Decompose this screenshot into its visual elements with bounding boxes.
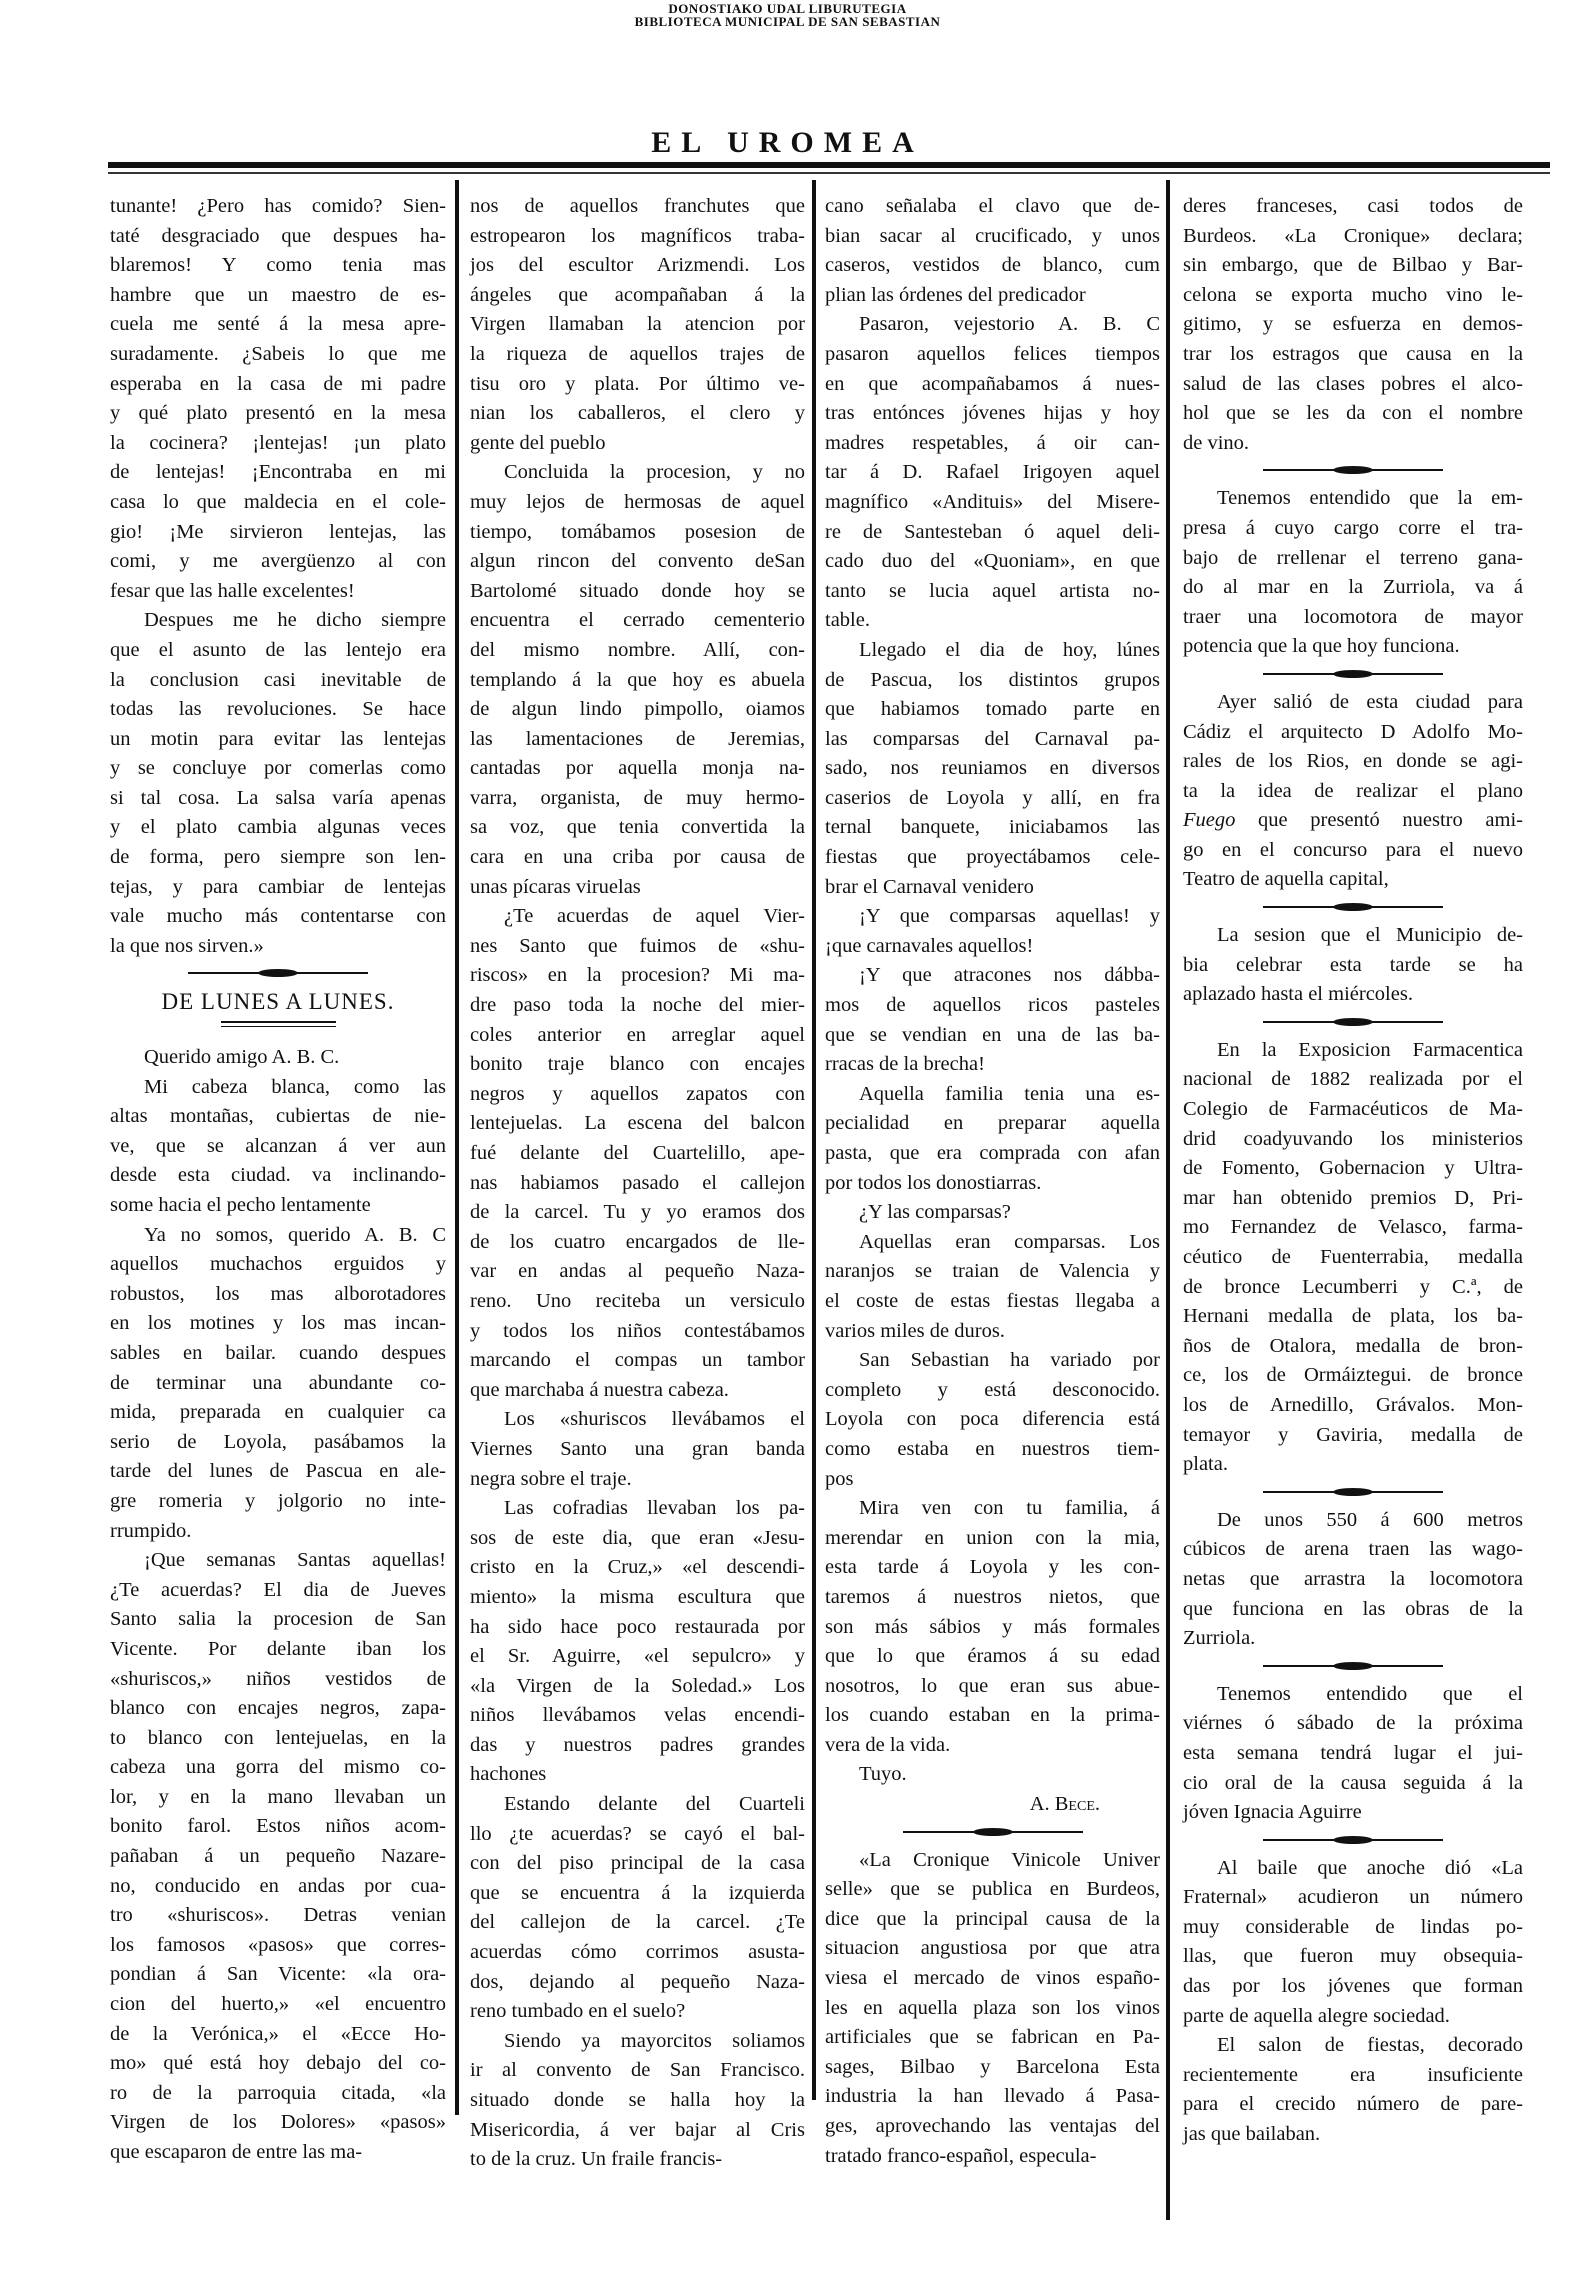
text-line: un motin para evitar las lentejas [110, 725, 446, 755]
text-line: tunante! ¿Pero has comido? Sien- [110, 192, 446, 222]
article-paragraph: En la Exposicion Farmacenticanacional de… [1183, 1036, 1523, 1480]
text-line: suradamente. ¿Sabeis lo que me [110, 340, 446, 370]
text-line: de forma, pero siempre son len- [110, 843, 446, 873]
text-line: rracas de la brecha! [825, 1050, 1160, 1080]
text-line: de algun lindo pimpollo, oiamos [470, 695, 805, 725]
text-line: jas que bailaban. [1183, 2120, 1523, 2150]
text-line: nas habiamos pasado el callejon [470, 1169, 805, 1199]
text-line: de la Verónica,» el «Ecce Ho- [110, 2020, 446, 2050]
text-line: lor, y en la mano llevaban un [110, 1783, 446, 1813]
text-line: Mi cabeza blanca, como las [110, 1073, 446, 1103]
text-line: esperaba en la casa de mi padre [110, 370, 446, 400]
text-line: y qué plato presentó en la mesa [110, 399, 446, 429]
text-line: ha sido hace poco restaurada por [470, 1613, 805, 1643]
article-paragraph: Pasaron, vejestorio A. B. Cpasaron aquel… [825, 310, 1160, 636]
text-line: cado duo del «Quoniam», en que [825, 547, 1160, 577]
article-paragraph: Las cofradias llevaban los pa-sos de est… [470, 1494, 805, 1790]
text-line: ¿Te acuerdas? El dia de Jueves [110, 1576, 446, 1606]
text-line: to de la cruz. Un fraile francis- [470, 2145, 805, 2175]
text-line: del callejon de la carcel. ¿Te [470, 1908, 805, 1938]
column-divider-2 [812, 180, 816, 2100]
text-line: sos de este dia, que eran «Jesu- [470, 1524, 805, 1554]
text-line: sado, nos reuniamos en diversos [825, 754, 1160, 784]
newspaper-masthead: EL UROMEA [0, 128, 1575, 158]
article-paragraph: San Sebastian ha variado porcompleto y e… [825, 1346, 1160, 1494]
text-line: gio! ¡Me sirvieron lentejas, las [110, 518, 446, 548]
text-line: de Fomento, Gobernacion y Ultra- [1183, 1154, 1523, 1184]
text-line: caserios de Loyola y allí, en fra [825, 784, 1160, 814]
text-line: de Pascua, los distintos grupos [825, 666, 1160, 696]
text-line: trar los estragos que causa en la [1183, 340, 1523, 370]
text-line: Al baile que anoche dió «La [1183, 1854, 1523, 1884]
text-line: blanco con encajes negros, zapa- [110, 1694, 446, 1724]
article-paragraph: Aquella familia tenia una es-pecialidad … [825, 1080, 1160, 1198]
article-paragraph: nos de aquellos franchutes queestropearo… [470, 192, 805, 458]
text-line: Tenemos entendido que la em- [1183, 484, 1523, 514]
text-line: deres franceses, casi todos de [1183, 192, 1523, 222]
text-line: Llegado el dia de hoy, lúnes [825, 636, 1160, 666]
text-line: blaremos! Y como tenia mas [110, 251, 446, 281]
text-line: temayor y Gaviria, medalla de [1183, 1421, 1523, 1451]
text-line: table. [825, 606, 1160, 636]
text-line: gente del pueblo [470, 429, 805, 459]
text-line: das por los jóvenes que forman [1183, 1972, 1523, 2002]
text-line: selle» que se publica en Burdeos, [825, 1875, 1160, 1905]
text-line: viérnes ó sábado de la próxima [1183, 1709, 1523, 1739]
text-line: tanto se lucia aquel artista no- [825, 577, 1160, 607]
text-line: De unos 550 á 600 metros [1183, 1506, 1523, 1536]
text-line: Teatro de aquella capital, [1183, 865, 1523, 895]
text-line: taté desgraciado que despues ha- [110, 222, 446, 252]
masthead-rule-thin [108, 172, 1550, 174]
column-3: cano señalaba el clavo que de-bian sacar… [825, 192, 1160, 2171]
ornamental-separator [1263, 1662, 1443, 1670]
text-line: aquellos muchachos erguidos y [110, 1250, 446, 1280]
text-line: rrumpido. [110, 1517, 446, 1547]
text-line: some hacia el pecho lentamente [110, 1191, 446, 1221]
text-line: Vicente. Por delante iban los [110, 1635, 446, 1665]
text-line: cristo en la Cruz,» «el descendi- [470, 1553, 805, 1583]
text-line: varra, organista, de muy hermo- [470, 784, 805, 814]
text-line: tisu oro y plata. Por último ve- [470, 370, 805, 400]
article-paragraph: deres franceses, casi todos deBurdeos. «… [1183, 192, 1523, 458]
text-line: ¡Y que comparsas aquellas! y [825, 902, 1160, 932]
text-line: nos de aquellos franchutes que [470, 192, 805, 222]
text-line: Pasaron, vejestorio A. B. C [825, 310, 1160, 340]
article-paragraph: Ya no somos, querido A. B. Caquellos muc… [110, 1221, 446, 1547]
text-line: dice que la principal causa de la [825, 1905, 1160, 1935]
text-line: fesar que las halle excelentes! [110, 577, 446, 607]
article-paragraph: Ayer salió de esta ciudad paraCádiz el a… [1183, 688, 1523, 895]
text-line: de vino. [1183, 429, 1523, 459]
text-line: industria la han llevado á Pasa- [825, 2082, 1160, 2112]
text-line: re de Santesteban ó aquel deli- [825, 518, 1160, 548]
text-line: ¡Y que atracones nos dábba- [825, 961, 1160, 991]
text-line: negros y aquellos zapatos con [470, 1080, 805, 1110]
author-signature: A. Bece. [825, 1790, 1160, 1820]
article-paragraph: ¿Te acuerdas de aquel Vier-nes Santo que… [470, 902, 805, 1405]
text-line: En la Exposicion Farmacentica [1183, 1036, 1523, 1066]
text-line: que funciona en las obras de la [1183, 1595, 1523, 1625]
text-line: robustos, los mas alborotadores [110, 1280, 446, 1310]
text-line: sables en bailar. cuando despues [110, 1339, 446, 1369]
text-line: como estaba en nuestros tiem- [825, 1435, 1160, 1465]
text-line: varios miles de duros. [825, 1317, 1160, 1347]
text-line: todas las revoluciones. Se hace [110, 695, 446, 725]
text-line: las comparsas del Carnaval pa- [825, 725, 1160, 755]
text-line: acuerdas cómo corrimos asusta- [470, 1938, 805, 1968]
text-line: presa á cuyo cargo corre el tra- [1183, 514, 1523, 544]
text-line: comi, y me avergüenzo al con [110, 547, 446, 577]
title-underline [221, 1021, 336, 1027]
text-line: les en aquella plaza son los vinos [825, 1994, 1160, 2024]
text-line: ve, que se alcanzan á ver aun [110, 1132, 446, 1162]
text-line: cio oral de la causa seguida á la [1183, 1769, 1523, 1799]
text-line: con del piso principal de la casa [470, 1849, 805, 1879]
text-line: el Sr. Aguirre, «el sepulcro» y [470, 1642, 805, 1672]
ornamental-separator [1263, 903, 1443, 911]
text-line: Hernani medalla de plata, los ba- [1183, 1302, 1523, 1332]
text-line: viesa el mercado de vinos españo- [825, 1964, 1160, 1994]
text-line: gre romeria y jolgorio no inte- [110, 1487, 446, 1517]
article-paragraph: Despues me he dicho siempreque el asunto… [110, 606, 446, 961]
text-line: nosotros, lo que eran sus abue- [825, 1672, 1160, 1702]
text-line: de la carcel. Tu y yo eramos dos [470, 1198, 805, 1228]
text-line: que habiamos tomado parte en [825, 695, 1160, 725]
text-line: cano señalaba el clavo que de- [825, 192, 1160, 222]
text-line: los de Arnedillo, Grávalos. Mon- [1183, 1391, 1523, 1421]
text-line: tro «shuriscos». Detras venian [110, 1901, 446, 1931]
text-line: la conclusion casi inevitable de [110, 666, 446, 696]
text-line: ángeles que acompañaban á la [470, 281, 805, 311]
text-line: Siendo ya mayorcitos soliamos [470, 2027, 805, 2057]
text-line: Aquella familia tenia una es- [825, 1080, 1160, 1110]
text-line: mida, preparada en cualquier ca [110, 1398, 446, 1428]
ornamental-separator [188, 969, 368, 977]
article-paragraph: ¡Y que comparsas aquellas! y¡que carnava… [825, 902, 1160, 961]
text-line: estropearon los magníficos traba- [470, 222, 805, 252]
text-line: los famosos «pasos» que corres- [110, 1931, 446, 1961]
text-line: fiestas que proyectábamos cele- [825, 843, 1160, 873]
text-line: mo» qué está hoy debajo del co- [110, 2049, 446, 2079]
library-header-spanish: BIBLIOTECA MUNICIPAL DE SAN SEBASTIAN [0, 15, 1575, 28]
text-line: «la Virgen de la Soledad.» Los [470, 1672, 805, 1702]
text-line: tratado franco-español, especula- [825, 2142, 1160, 2172]
text-line: esta semana tendrá lugar el jui- [1183, 1739, 1523, 1769]
article-paragraph: Al baile que anoche dió «LaFraternal» ac… [1183, 1854, 1523, 2032]
article-paragraph: «La Cronique Vinicole Universelle» que s… [825, 1846, 1160, 2172]
article-paragraph: Mi cabeza blanca, como lasaltas montañas… [110, 1073, 446, 1221]
text-line: tejas, y para cambiar de lentejas [110, 873, 446, 903]
text-line: mar han obtenido premios D, Pri- [1183, 1184, 1523, 1214]
text-line: Tenemos entendido que el [1183, 1680, 1523, 1710]
text-line: serio de Loyola, pasábamos la [110, 1428, 446, 1458]
text-line: situacion angustiosa por que atra [825, 1934, 1160, 1964]
text-line: desde esta ciudad. va inclinando- [110, 1161, 446, 1191]
text-line: to blanco con lentejuelas, en la [110, 1724, 446, 1754]
text-line: de lentejas! ¡Encontraba en mi [110, 458, 446, 488]
column-divider-3 [1166, 180, 1170, 2220]
text-line: Estando delante del Cuarteli [470, 1790, 805, 1820]
text-line: aplazado hasta el miércoles. [1183, 980, 1523, 1010]
text-line: Los «shuriscos llevábamos el [470, 1405, 805, 1435]
text-line: cion del huerto,» «el encuentro [110, 1990, 446, 2020]
text-line: de terminar una abundante co- [110, 1369, 446, 1399]
article-paragraph: ¡Que semanas Santas aquellas!¿Te acuerda… [110, 1546, 446, 2167]
text-line: fué delante del Cuartelillo, ape- [470, 1139, 805, 1169]
article-paragraph: De unos 550 á 600 metroscúbicos de arena… [1183, 1506, 1523, 1654]
text-line: ¿Y las comparsas? [825, 1198, 1160, 1228]
article-paragraph: Estando delante del Cuartelillo ¿te acue… [470, 1790, 805, 2027]
text-line: tiempo, tomábamos posesion de [470, 518, 805, 548]
text-line: casa lo que maldecia en el cole- [110, 488, 446, 518]
text-line: algun rincon del convento deSan [470, 547, 805, 577]
ornamental-separator [1263, 670, 1443, 678]
text-line: reno tumbado en el suelo? [470, 1997, 805, 2027]
text-line: San Sebastian ha variado por [825, 1346, 1160, 1376]
text-line: reno. Uno reciteba un versiculo [470, 1287, 805, 1317]
text-line: brar el Carnaval venidero [825, 873, 1160, 903]
text-line: parte de aquella alegre sociedad. [1183, 2002, 1523, 2032]
text-line: ta la idea de realizar el plano [1183, 777, 1523, 807]
text-line: para el crecido número de pare- [1183, 2090, 1523, 2120]
text-line: de los cuatro encargados de lle- [470, 1228, 805, 1258]
text-line: Viernes Santo una gran banda [470, 1435, 805, 1465]
text-line: nacional de 1882 realizada por el [1183, 1065, 1523, 1095]
text-line: mo Fernandez de Velasco, farma- [1183, 1213, 1523, 1243]
text-line: ¡Que semanas Santas aquellas! [110, 1546, 446, 1576]
text-line: rales de los Rios, en donde se agi- [1183, 747, 1523, 777]
text-line: ro de la parroquia citada, «la [110, 2079, 446, 2109]
text-line: ir al convento de San Francisco. [470, 2056, 805, 2086]
text-line: la que nos sirven.» [110, 932, 446, 962]
text-line: Virgen llamaban la atencion por [470, 310, 805, 340]
article-paragraph: tunante! ¿Pero has comido? Sien-taté des… [110, 192, 446, 606]
text-line: del mismo nombre. Allí, con- [470, 636, 805, 666]
text-line: situado donde se halla hoy la [470, 2086, 805, 2116]
text-line: gitimo, y se esfuerza en demos- [1183, 310, 1523, 340]
text-line: Las cofradias llevaban los pa- [470, 1494, 805, 1524]
text-line: los cuando estaban en la prima- [825, 1701, 1160, 1731]
text-line: plian las órdenes del predicador [825, 281, 1160, 311]
text-line: que marchaba á nuestra cabeza. [470, 1376, 805, 1406]
text-line: miento» la misma escultura que [470, 1583, 805, 1613]
ornamental-separator [903, 1828, 1083, 1836]
text-line: Loyola con poca diferencia está [825, 1405, 1160, 1435]
text-line: no, conducido en andas por cua- [110, 1872, 446, 1902]
text-line: artificiales que se fabrican en Pa- [825, 2023, 1160, 2053]
text-line: Bartolomé situado donde hoy se [470, 577, 805, 607]
text-line: netas que arrastra la locomotora [1183, 1565, 1523, 1595]
text-line: madres respetables, á oir can- [825, 429, 1160, 459]
text-line: salud de las clases pobres el alco- [1183, 370, 1523, 400]
text-line: go en el concurso para el nuevo [1183, 836, 1523, 866]
text-line: var en andas al pequeño Naza- [470, 1257, 805, 1287]
text-line: traer una locomotora de mayor [1183, 603, 1523, 633]
text-line: altas montañas, cubiertas de nie- [110, 1102, 446, 1132]
text-line: nes Santo que fuimos de «shu- [470, 932, 805, 962]
masthead-rule-thick [108, 162, 1550, 168]
text-line: y el plato cambia algunas veces [110, 813, 446, 843]
article-paragraph: Los «shuriscos llevábamos elViernes Sant… [470, 1405, 805, 1494]
text-line: ges, aprovechando las ventajas del [825, 2112, 1160, 2142]
text-line: taremos á nuestros nietos, que [825, 1583, 1160, 1613]
text-line: Despues me he dicho siempre [110, 606, 446, 636]
text-line: La sesion que el Municipio de- [1183, 921, 1523, 951]
text-line: Tuyo. [825, 1760, 1160, 1790]
ornamental-separator [1263, 1018, 1443, 1026]
text-line: que escaparon de entre las ma- [110, 2138, 446, 2168]
text-line: sa voz, que tenia convertida la [470, 813, 805, 843]
text-line: encuentra el cerrado cementerio [470, 606, 805, 636]
text-line: bonito farol. Estos niños acom- [110, 1812, 446, 1842]
text-line: «shuriscos,» niños vestidos de [110, 1665, 446, 1695]
text-line: templando á la que hoy es abuela [470, 666, 805, 696]
text-line: magnífico «Andituis» del Misere- [825, 488, 1160, 518]
text-line: niños llevábamos velas encendi- [470, 1701, 805, 1731]
text-line: de bronce Lecumberri y C.ª, de [1183, 1273, 1523, 1303]
text-line: celona se exporta mucho vino le- [1183, 281, 1523, 311]
text-line: vera de la vida. [825, 1731, 1160, 1761]
text-line: bonito traje blanco con encajes [470, 1050, 805, 1080]
text-line: sages, Bilbao y Barcelona Esta [825, 2053, 1160, 2083]
text-line: potencia que la que hoy funciona. [1183, 632, 1523, 662]
text-line: Virgen de los Dolores» «pasos» [110, 2108, 446, 2138]
text-line: Colegio de Farmacéuticos de Ma- [1183, 1095, 1523, 1125]
text-line: céutico de Fuenterrabia, medalla [1183, 1243, 1523, 1273]
text-line: que lo que éramos á su edad [825, 1642, 1160, 1672]
column-1: tunante! ¿Pero has comido? Sien-taté des… [110, 192, 446, 2168]
text-line: la riqueza de aquellos trajes de [470, 340, 805, 370]
text-line: cantadas por aquella monja na- [470, 754, 805, 784]
text-line: marcando el compas un tambor [470, 1346, 805, 1376]
text-line: pondian á San Vicente: «la ora- [110, 1960, 446, 1990]
text-line: Zurriola. [1183, 1624, 1523, 1654]
text-line: ños de Otalora, medalla de bron- [1183, 1332, 1523, 1362]
text-line: Aquellas eran comparsas. Los [825, 1228, 1160, 1258]
text-line: dre paso toda la noche del mier- [470, 991, 805, 1021]
text-line: completo y está desconocido. [825, 1376, 1160, 1406]
text-line: son más sábios y más formales [825, 1613, 1160, 1643]
text-line: llas, que fueron muy obsequia- [1183, 1942, 1523, 1972]
text-line: por todos los donostiarras. [825, 1169, 1160, 1199]
text-line: nian los caballeros, el clero y [470, 399, 805, 429]
text-line: drid coadyuvando los ministerios [1183, 1125, 1523, 1155]
article-paragraph: ¿Y las comparsas? [825, 1198, 1160, 1228]
text-line: sin embargo, que de Bilbao y Bar- [1183, 251, 1523, 281]
text-line: Fraternal» acudieron un número [1183, 1883, 1523, 1913]
text-line: negra sobre el traje. [470, 1465, 805, 1495]
text-line: das y nuestros padres grandes [470, 1731, 805, 1761]
text-line: jos del escultor Arizmendi. Los [470, 251, 805, 281]
text-line: en que acompañabamos á nues- [825, 370, 1160, 400]
text-line: Querido amigo A. B. C. [110, 1043, 446, 1073]
article-paragraph: ¡Y que atracones nos dábba-mos de aquell… [825, 961, 1160, 1079]
text-line: la cocinera? ¡lentejas! ¡un plato [110, 429, 446, 459]
text-line: y se concluye por comerlas como [110, 754, 446, 784]
text-line: Ayer salió de esta ciudad para [1183, 688, 1523, 718]
text-line: si tal cosa. La salsa varía apenas [110, 784, 446, 814]
article-paragraph: Mira ven con tu familia, ámerendar en un… [825, 1494, 1160, 1760]
text-line: Concluida la procesion, y no [470, 458, 805, 488]
text-line: muy lejos de hermosas de aquel [470, 488, 805, 518]
library-header: DONOSTIAKO UDAL LIBURUTEGIA BIBLIOTECA M… [0, 2, 1575, 28]
text-line: esta tarde á Loyola y les con- [825, 1553, 1160, 1583]
text-line: plata. [1183, 1450, 1523, 1480]
column-2: nos de aquellos franchutes queestropearo… [470, 192, 805, 2175]
text-line: El salon de fiestas, decorado [1183, 2031, 1523, 2061]
article-paragraph: Tuyo. [825, 1760, 1160, 1790]
text-line: hachones [470, 1760, 805, 1790]
text-line: Santo salia la procesion de San [110, 1605, 446, 1635]
text-line: pecialidad en preparar aquella [825, 1109, 1160, 1139]
text-line: pasaron aquellos felices tiempos [825, 340, 1160, 370]
article-paragraph: Siendo ya mayorcitos soliamosir al conve… [470, 2027, 805, 2175]
text-line: pasta, que era comprada con afan [825, 1139, 1160, 1169]
column-4: deres franceses, casi todos deBurdeos. «… [1183, 192, 1523, 2150]
text-line: recientemente era insuficiente [1183, 2061, 1523, 2091]
text-line: bajo de rrellenar el terreno gana- [1183, 544, 1523, 574]
article-paragraph: Concluida la procesion, y nomuy lejos de… [470, 458, 805, 902]
text-line: y todos los niños contestábamos [470, 1317, 805, 1347]
text-line: mos de aquellos ricos pasteles [825, 991, 1160, 1021]
article-paragraph: Llegado el dia de hoy, lúnesde Pascua, l… [825, 636, 1160, 902]
text-line: las lamentaciones de Jeremias, [470, 725, 805, 755]
text-line: pos [825, 1465, 1160, 1495]
text-line: hol que se les da con el nombre [1183, 399, 1523, 429]
column-divider-1 [455, 180, 459, 2115]
text-line: «La Cronique Vinicole Univer [825, 1846, 1160, 1876]
text-line: hambre que un maestro de es- [110, 281, 446, 311]
text-line: bia celebrar esta tarde se ha [1183, 951, 1523, 981]
text-line: que se encuentra á la izquierda [470, 1879, 805, 1909]
text-line: Misericordia, á ver bajar al Cris [470, 2116, 805, 2146]
text-line: Cádiz el arquitecto D Adolfo Mo- [1183, 718, 1523, 748]
text-line: coles anterior en arreglar aquel [470, 1021, 805, 1051]
text-line: cuela me senté á la mesa apre- [110, 310, 446, 340]
text-line: Ya no somos, querido A. B. C [110, 1221, 446, 1251]
text-line: vale mucho más contentarse con [110, 902, 446, 932]
text-line: tras entónces jóvenes hijas y hoy [825, 399, 1160, 429]
text-line: que se vendian en una de las ba- [825, 1021, 1160, 1051]
ornamental-separator [1263, 466, 1443, 474]
text-line: que el asunto de las lentejo era [110, 636, 446, 666]
text-line: jóven Ignacia Aguirre [1183, 1798, 1523, 1828]
text-line: Mira ven con tu familia, á [825, 1494, 1160, 1524]
text-line: en los motines y los mas incan- [110, 1309, 446, 1339]
ornamental-separator [1263, 1836, 1443, 1844]
article-paragraph: Tenemos entendido que elviérnes ó sábado… [1183, 1680, 1523, 1828]
text-line: riscos» en la procesion? Mi ma- [470, 961, 805, 991]
article-paragraph: cano señalaba el clavo que de-bian sacar… [825, 192, 1160, 310]
text-line: ternal banquete, iniciabamos las [825, 813, 1160, 843]
article-paragraph: Tenemos entendido que la em-presa á cuyo… [1183, 484, 1523, 662]
text-line: lentejuelas. La escena del balcon [470, 1109, 805, 1139]
text-line: cabeza una gorra del mismo co- [110, 1753, 446, 1783]
article-paragraph: El salon de fiestas, decoradorecientemen… [1183, 2031, 1523, 2149]
text-line: el coste de estas fiestas llegaba a [825, 1287, 1160, 1317]
section-title: DE LUNES A LUNES. [110, 987, 446, 1017]
text-line: bian sacar al crucificado, y unos [825, 222, 1160, 252]
text-line: Fuego que presentó nuestro ami- [1183, 806, 1523, 836]
text-line: Burdeos. «La Cronique» declara; [1183, 222, 1523, 252]
text-line: dos, dejando al pequeño Naza- [470, 1968, 805, 1998]
text-line: cara en una criba por causa de [470, 843, 805, 873]
text-line: unas pícaras viruelas [470, 873, 805, 903]
text-line: caseros, vestidos de blanco, cum [825, 251, 1160, 281]
text-line: ¿Te acuerdas de aquel Vier- [470, 902, 805, 932]
text-line: tarde del lunes de Pascua en ale- [110, 1457, 446, 1487]
